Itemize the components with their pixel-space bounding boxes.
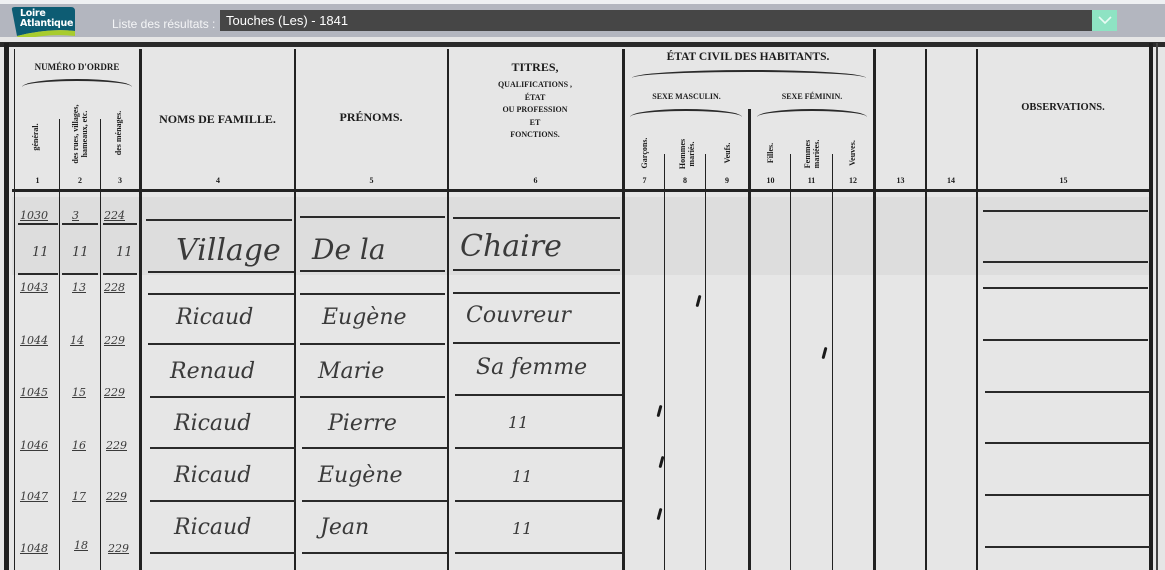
page-border-right: [1149, 43, 1153, 570]
brace-icon: [757, 109, 867, 117]
row-line: [18, 223, 58, 225]
column-number: 6: [449, 176, 622, 185]
col-rule: [925, 49, 927, 570]
row-line: [300, 396, 445, 398]
row7-general: 1048: [20, 542, 48, 555]
row-line: [62, 223, 98, 225]
row5-general: 1046: [20, 439, 48, 452]
header-femmes-mariees: Femmes mariées.: [803, 127, 821, 181]
results-list-label: Liste des résultats :: [112, 17, 215, 31]
row6-profession: 11: [512, 467, 532, 486]
col-rule: [294, 49, 296, 570]
row-line: [983, 287, 1148, 289]
header-garcons: Garçons.: [641, 126, 649, 180]
row-line: [455, 447, 622, 449]
row-line: [300, 216, 445, 218]
row0-menage: 224: [104, 209, 125, 222]
row-line: [983, 261, 1148, 263]
row4-prenom: Marie: [318, 359, 384, 384]
row7-menage: 229: [108, 542, 129, 555]
row1-profession: Chaire: [460, 229, 562, 264]
row-line: [985, 391, 1150, 393]
header-etat-civil: ÉTAT CIVIL DES HABITANTS.: [625, 51, 871, 63]
header-rule: [12, 189, 1149, 192]
header-sexe-feminin: SEXE FÉMININ.: [751, 92, 873, 101]
tally-mark-icon: [656, 508, 662, 520]
row-line: [302, 447, 447, 449]
col-rule: [705, 154, 706, 570]
row-line: [985, 494, 1150, 496]
row4-profession: Sa femme: [476, 355, 587, 380]
column-number: 9: [706, 176, 748, 185]
selected-result-value: Touches (Les) - 1841: [226, 13, 348, 28]
header-noms-famille: NOMS DE FAMILLE.: [141, 112, 294, 127]
row-line: [148, 343, 294, 345]
row6-prenom: Eugène: [318, 463, 403, 488]
header-veuves: Veuves.: [849, 126, 857, 180]
row2-rue: 13: [72, 281, 86, 294]
header-qualifications: QUALIFICATIONS , ÉTAT OU PROFESSION ET F…: [449, 79, 621, 142]
col-rule: [622, 49, 625, 570]
row1-rue: 11: [72, 245, 89, 260]
row1-prenom: De la: [312, 233, 386, 266]
brace-icon: [630, 109, 742, 117]
row2-menage: 228: [104, 281, 125, 294]
header-veufs: Veufs.: [724, 126, 732, 180]
col-rule: [59, 119, 60, 570]
row-line: [146, 219, 292, 221]
column-number: 7: [625, 176, 664, 185]
row6-nom: Ricaud: [174, 463, 251, 488]
row5-menage: 229: [106, 439, 127, 452]
col-rule: [100, 119, 101, 570]
col-rule: [664, 154, 665, 570]
col-rule: [139, 49, 142, 570]
column-number: 13: [876, 176, 925, 185]
column-number: 2: [60, 176, 100, 185]
row-line: [148, 271, 294, 273]
row4-general: 1045: [20, 386, 48, 399]
row-line: [455, 394, 622, 396]
brace-icon: [632, 70, 866, 78]
brace-icon: [22, 79, 132, 87]
row-line: [302, 552, 447, 554]
row6-menage: 229: [106, 490, 127, 503]
row6-rue: 17: [72, 490, 86, 503]
row-line: [985, 546, 1150, 548]
loire-atlantique-logo[interactable]: Loire Atlantique: [9, 6, 79, 40]
row-line: [453, 269, 620, 271]
row-line: [103, 223, 137, 225]
chevron-down-icon: [1098, 16, 1112, 25]
row-line: [455, 552, 622, 554]
header-observations: OBSERVATIONS.: [978, 102, 1148, 113]
header-sexe-masculin: SEXE MASCULIN.: [625, 92, 748, 101]
row5-prenom: Pierre: [328, 411, 397, 436]
row1-nom: Village: [176, 233, 281, 268]
header-titres: TITRES,: [449, 61, 621, 74]
row-line: [103, 273, 137, 275]
row-line: [453, 292, 620, 294]
row3-nom: Ricaud: [176, 305, 253, 330]
row3-menage: 229: [104, 334, 125, 347]
column-number: 10: [751, 176, 790, 185]
row7-prenom: Jean: [320, 515, 369, 540]
results-select[interactable]: Touches (Les) - 1841: [220, 10, 1092, 31]
header-hommes-maries: Hommes mariés.: [678, 127, 696, 181]
row7-nom: Ricaud: [174, 515, 251, 540]
row-line: [18, 273, 58, 275]
col-rule: [873, 49, 876, 570]
row-line: [453, 342, 620, 344]
column-number: 5: [296, 176, 447, 185]
row-line: [150, 447, 296, 449]
header-numero-ordre: NUMÉRO D'ORDRE: [16, 62, 138, 72]
column-number: 12: [833, 176, 873, 185]
header-col1: général.: [32, 107, 40, 167]
page-border-left: [4, 43, 9, 570]
row5-profession: 11: [508, 413, 528, 432]
row-line: [150, 552, 296, 554]
column-number: 11: [791, 176, 832, 185]
row-line: [300, 343, 445, 345]
col-rule: [832, 154, 833, 570]
row-line: [150, 396, 296, 398]
row5-nom: Ricaud: [174, 411, 251, 436]
row3-general: 1044: [20, 334, 48, 347]
row4-rue: 15: [72, 386, 86, 399]
row-line: [300, 293, 445, 295]
header-col2: des rues, villages, hameaux, etc.: [71, 96, 89, 172]
logo-line2: Atlantique: [20, 19, 73, 29]
col-rule: [976, 49, 978, 570]
row-line: [62, 273, 98, 275]
row-line: [453, 217, 620, 219]
row-line: [455, 500, 622, 502]
tally-mark-icon: [656, 405, 662, 417]
column-number: 15: [978, 176, 1149, 185]
row1-general: 11: [32, 245, 49, 260]
header-prenoms: PRÉNOMS.: [296, 110, 446, 125]
row-line: [983, 210, 1148, 212]
header-col3: des ménages.: [115, 98, 123, 168]
header-filles: Filles.: [767, 126, 775, 180]
row4-nom: Renaud: [170, 359, 255, 384]
row3-prenom: Eugène: [322, 305, 407, 330]
column-number: 1: [16, 176, 59, 185]
row0-general: 1030: [20, 209, 48, 222]
col-rule: [790, 154, 791, 570]
row5-rue: 16: [72, 439, 86, 452]
col-rule: [14, 49, 15, 570]
row7-rue: 18: [74, 539, 88, 552]
row-line: [983, 339, 1148, 341]
row6-general: 1047: [20, 490, 48, 503]
row-line: [150, 500, 296, 502]
row-line: [985, 442, 1150, 444]
row-line: [300, 270, 445, 272]
column-number: 14: [926, 176, 976, 185]
page-border-right-inner: [1156, 43, 1158, 570]
census-page-viewer[interactable]: NUMÉRO D'ORDRE général. des rues, villag…: [0, 37, 1165, 570]
column-number: 8: [665, 176, 705, 185]
column-number: 3: [101, 176, 139, 185]
tally-mark-icon: [695, 295, 701, 307]
column-number: 4: [142, 176, 294, 185]
row-line: [148, 293, 294, 295]
tally-mark-icon: [821, 347, 827, 359]
row0-rue: 3: [72, 209, 79, 222]
row-line: [302, 500, 447, 502]
row3-profession: Couvreur: [466, 303, 571, 328]
row1-menage: 11: [116, 245, 133, 260]
row2-general: 1043: [20, 281, 48, 294]
row7-profession: 11: [512, 519, 532, 538]
row3-rue: 14: [70, 334, 84, 347]
results-dropdown-button[interactable]: [1092, 10, 1117, 31]
row4-menage: 229: [104, 386, 125, 399]
page-border-top: [0, 42, 1165, 47]
